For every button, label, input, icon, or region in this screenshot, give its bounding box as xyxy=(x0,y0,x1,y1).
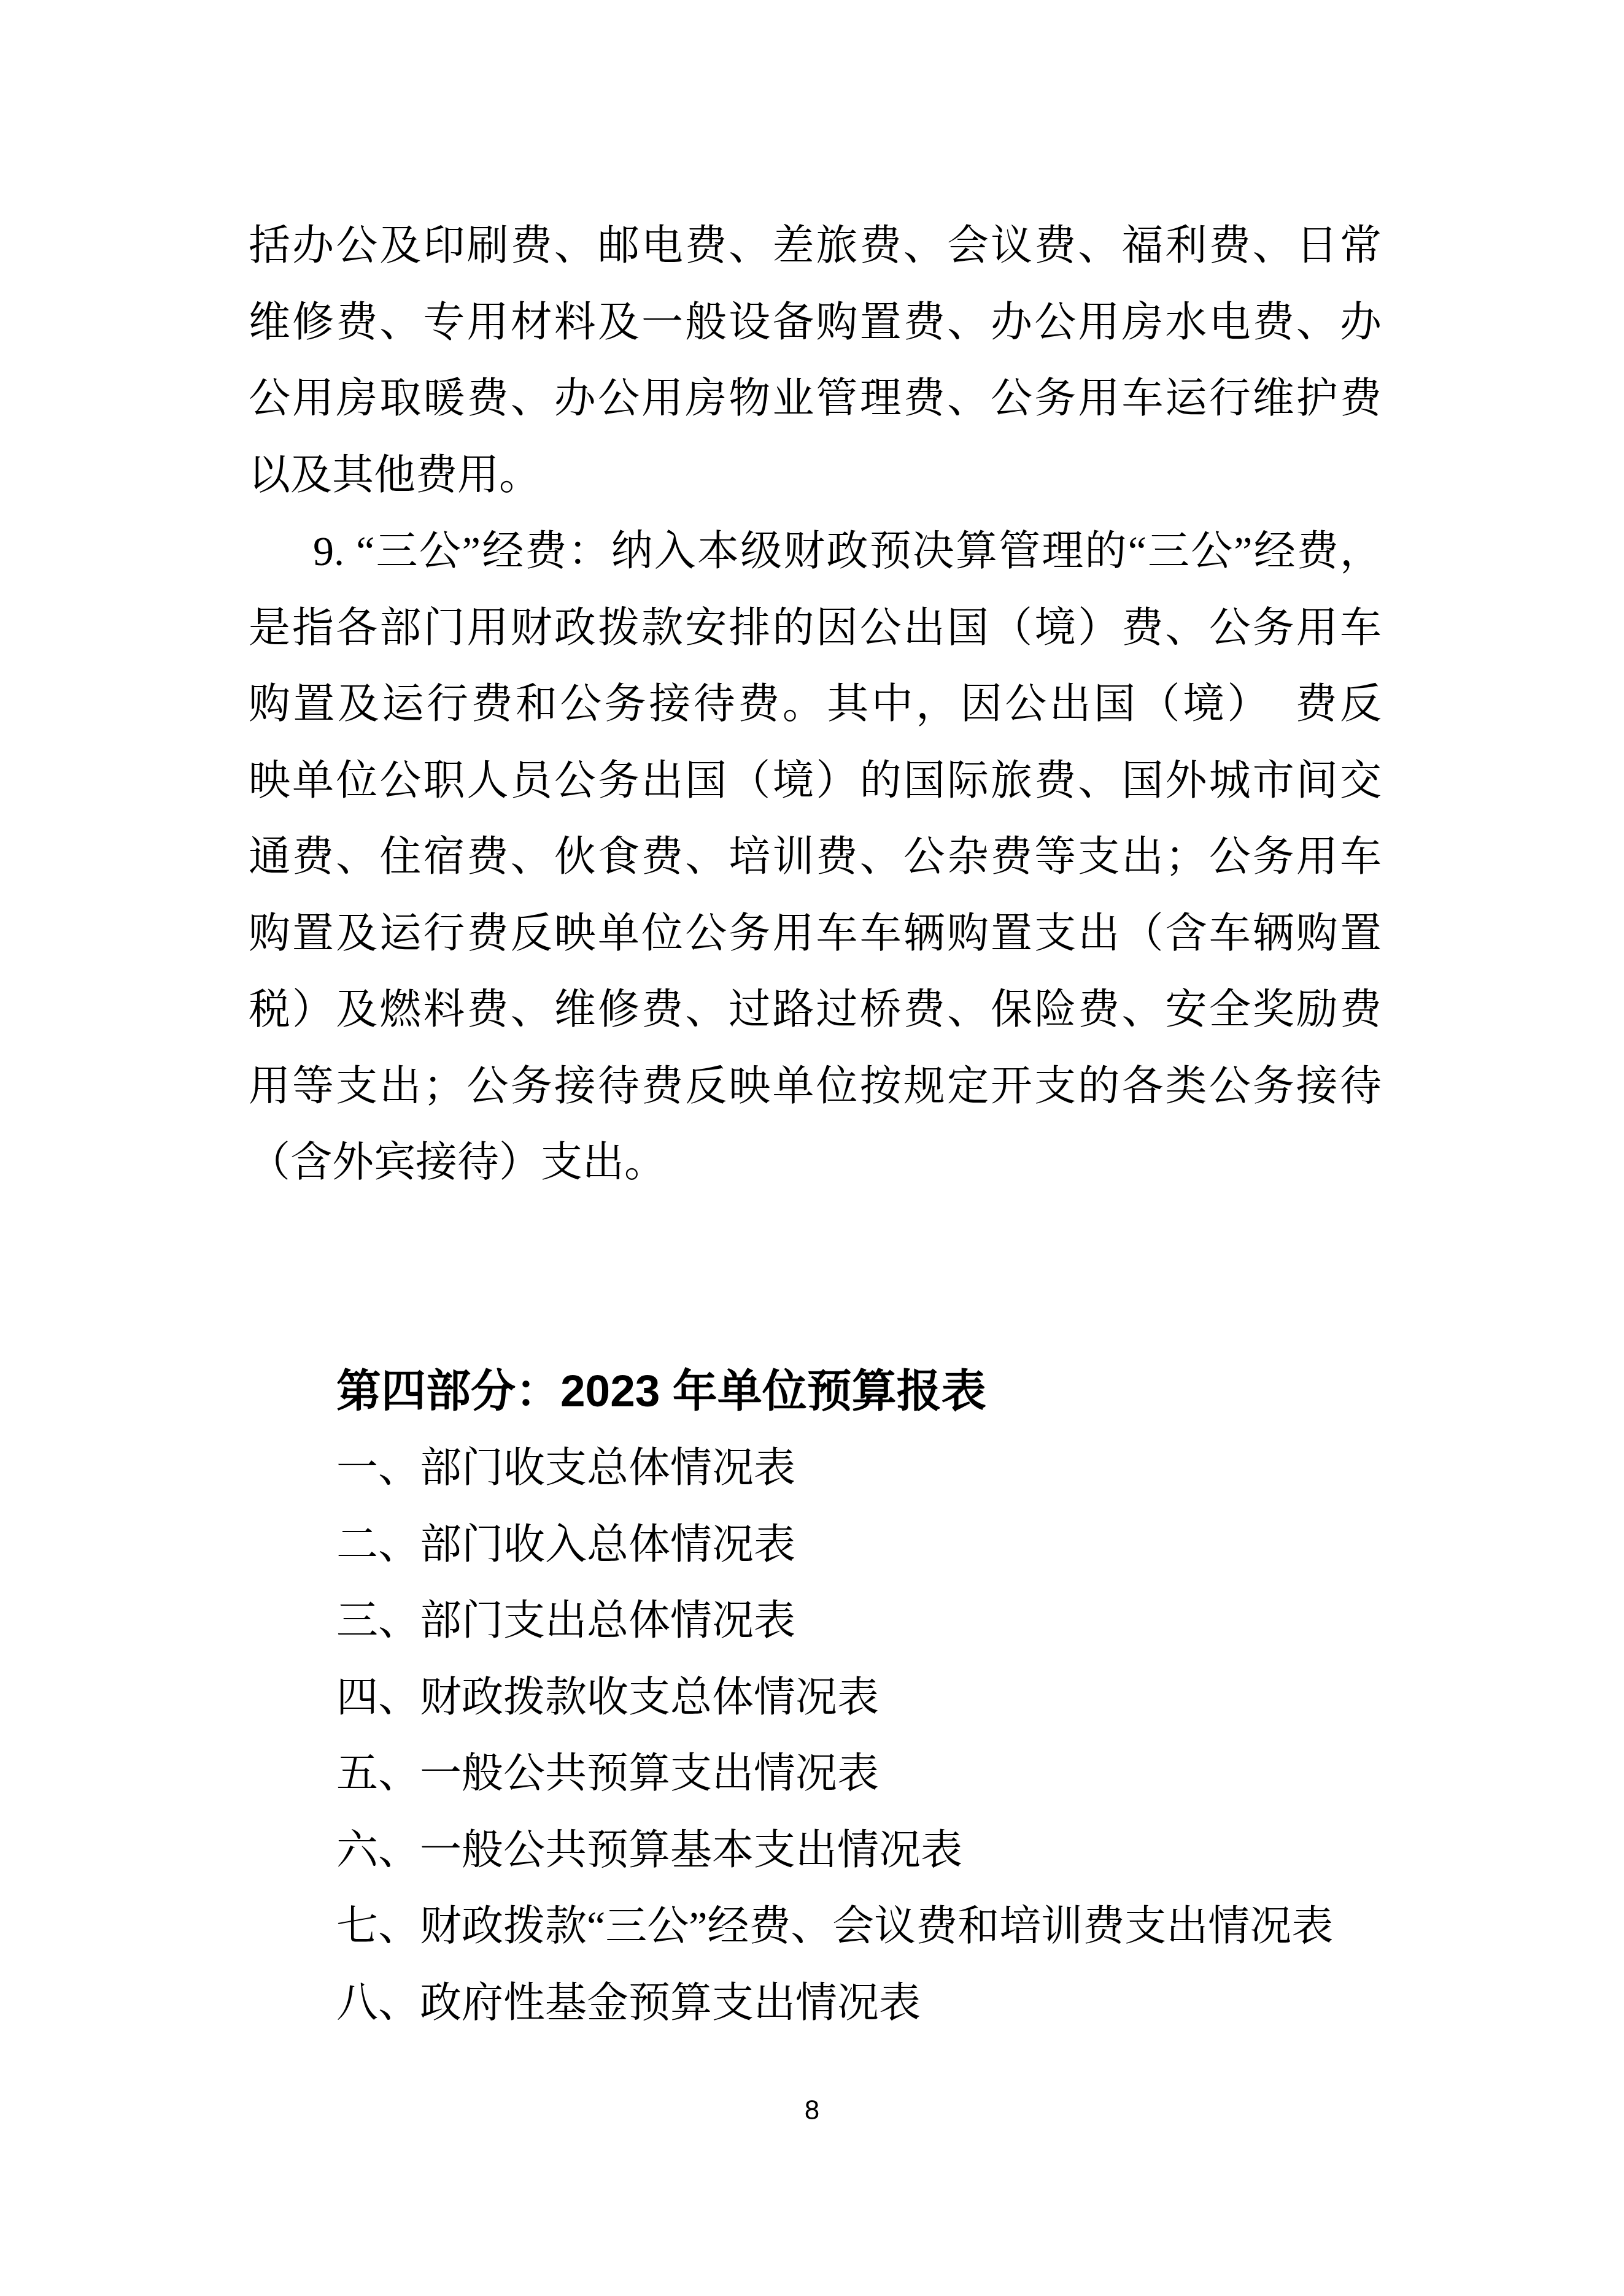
report-table-item-7: 七、财政拨款“三公”经费、会议费和培训费支出情况表 xyxy=(249,1888,1382,1965)
page-body: 括办公及印刷费、邮电费、差旅费、会议费、福利费、日常 维修费、专用材料及一般设备… xyxy=(249,207,1382,2041)
text-line: 公用房取暖费、办公用房物业管理费、公务用车运行维护费 xyxy=(249,360,1382,437)
paragraph-fee-continuation: 括办公及印刷费、邮电费、差旅费、会议费、福利费、日常 维修费、专用材料及一般设备… xyxy=(249,207,1382,513)
section-heading: 第四部分：2023 年单位预算报表 xyxy=(249,1354,1382,1430)
text-line: 用等支出；公务接待费反映单位按规定开支的各类公务接待 xyxy=(249,1048,1382,1125)
text-line: 购置及运行费反映单位公务用车车辆购置支出（含车辆购置 xyxy=(249,895,1382,972)
text-line: 括办公及印刷费、邮电费、差旅费、会议费、福利费、日常 xyxy=(249,207,1382,284)
text-line: 映单位公职人员公务出国（境）的国际旅费、国外城市间交 xyxy=(249,742,1382,819)
text-line: （含外宾接待）支出。 xyxy=(249,1124,1382,1201)
text-line: 购置及运行费和公务接待费。其中，因公出国（境） 费反 xyxy=(249,666,1382,742)
report-table-list: 一、部门收支总体情况表 二、部门收入总体情况表 三、部门支出总体情况表 四、财政… xyxy=(249,1430,1382,2041)
text-line: 通费、住宿费、伙食费、培训费、公杂费等支出；公务用车 xyxy=(249,819,1382,895)
report-table-item-4: 四、财政拨款收支总体情况表 xyxy=(249,1659,1382,1736)
report-table-item-8: 八、政府性基金预算支出情况表 xyxy=(249,1965,1382,2041)
text-line: 以及其他费用。 xyxy=(249,437,1382,514)
text-line: 是指各部门用财政拨款安排的因公出国（境）费、公务用车 xyxy=(249,590,1382,666)
report-table-item-6: 六、一般公共预算基本支出情况表 xyxy=(249,1812,1382,1889)
report-table-item-3: 三、部门支出总体情况表 xyxy=(249,1582,1382,1659)
report-table-item-1: 一、部门收支总体情况表 xyxy=(249,1430,1382,1506)
paragraph-sangong-funds: 9. “三公”经费：纳入本级财政预决算管理的“三公”经费， 是指各部门用财政拨款… xyxy=(249,513,1382,1201)
text-line: 9. “三公”经费：纳入本级财政预决算管理的“三公”经费， xyxy=(249,513,1382,590)
document-page: 括办公及印刷费、邮电费、差旅费、会议费、福利费、日常 维修费、专用材料及一般设备… xyxy=(0,0,1624,2296)
report-table-item-2: 二、部门收入总体情况表 xyxy=(249,1506,1382,1583)
report-table-item-5: 五、一般公共预算支出情况表 xyxy=(249,1735,1382,1812)
text-line: 税）及燃料费、维修费、过路过桥费、保险费、安全奖励费 xyxy=(249,971,1382,1048)
page-number: 8 xyxy=(0,2096,1624,2125)
text-line: 维修费、专用材料及一般设备购置费、办公用房水电费、办 xyxy=(249,284,1382,361)
blank-lines xyxy=(249,1201,1382,1354)
